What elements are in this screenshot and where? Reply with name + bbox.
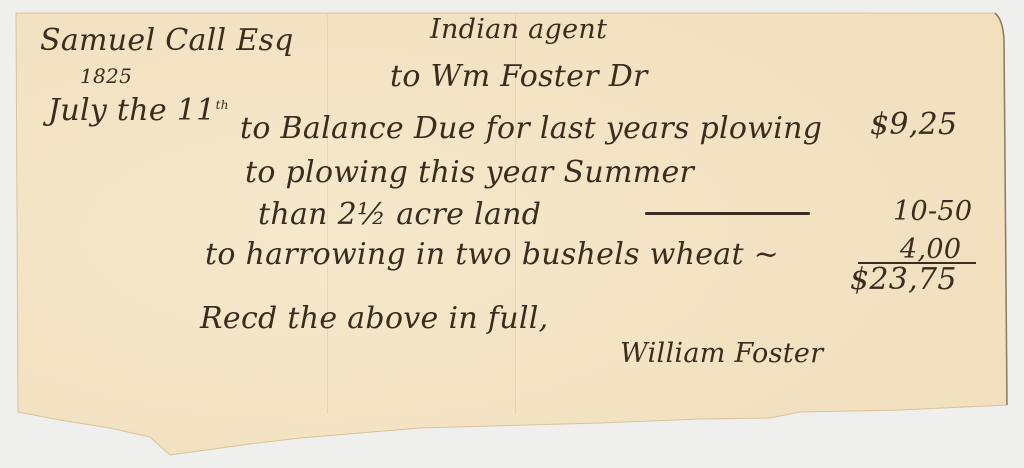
line-item-amount: 4,00 xyxy=(900,236,961,263)
receipt-note: Recd the above in full, xyxy=(200,304,548,334)
total-amount: $23,75 xyxy=(850,265,957,295)
creditor-line: to Wm Foster Dr xyxy=(390,62,648,92)
dash-rule xyxy=(645,212,810,215)
addressee: Samuel Call Esq xyxy=(40,26,294,56)
line-item-description: to plowing this year Summer xyxy=(245,158,694,188)
line-item-description: to Balance Due for last years plowing xyxy=(240,114,822,144)
year: 1825 xyxy=(80,66,132,86)
addressee-title: Indian agent xyxy=(430,16,607,43)
line-item-description: than 2½ acre land xyxy=(258,200,541,230)
line-item-description: to harrowing in two bushels wheat ~ xyxy=(205,240,779,270)
line-item-amount: $9,25 xyxy=(870,110,957,140)
date: July the 11th xyxy=(48,96,229,126)
signature: William Foster xyxy=(620,340,823,367)
line-item-amount: 10-50 xyxy=(893,198,972,225)
date-suffix: th xyxy=(216,98,229,112)
date-text: July the 11 xyxy=(48,93,216,128)
document-paper: Samuel Call Esq Indian agent 1825 July t… xyxy=(0,0,1024,468)
